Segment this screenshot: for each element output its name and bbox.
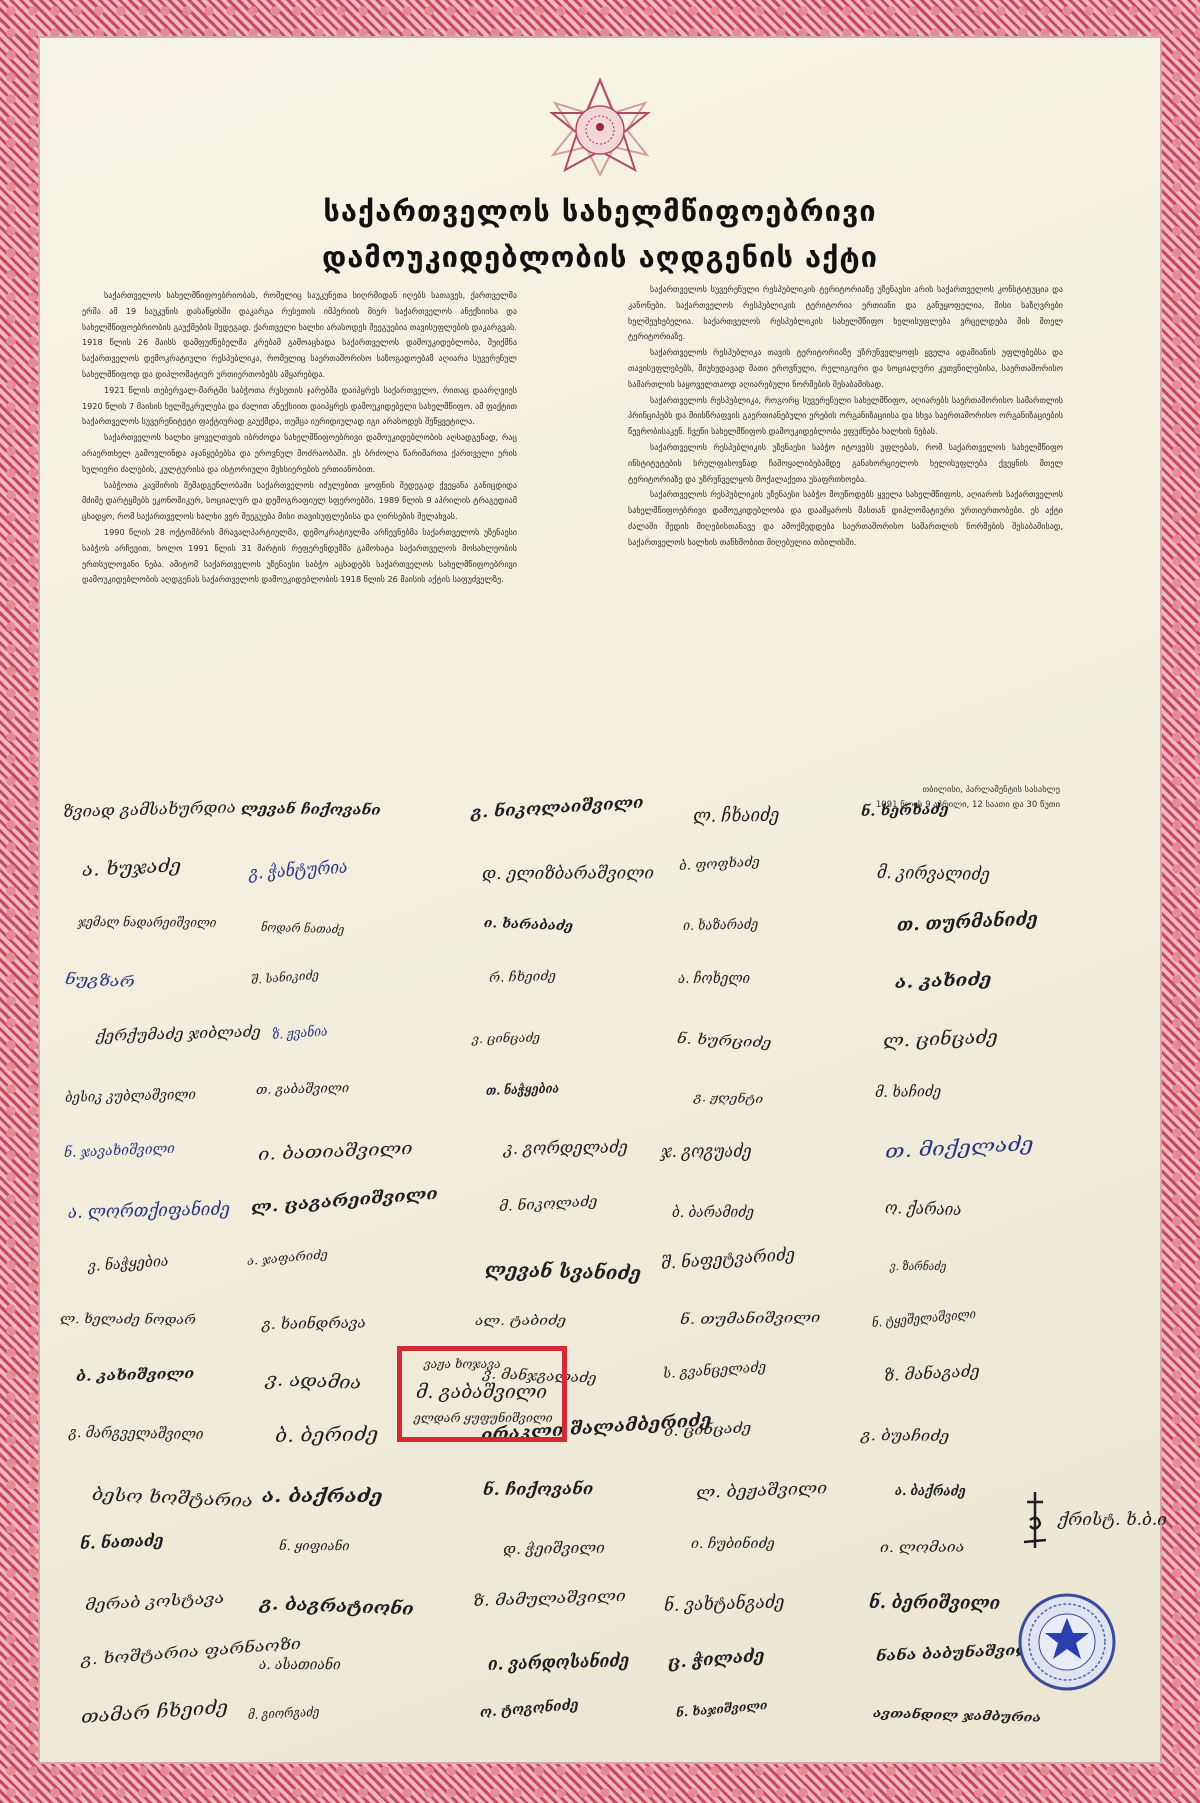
text-column-left: საქართველოს სახელმწიფოებრიობას, რომელიც … (82, 288, 517, 588)
paragraph: საქართველოს სახელმწიფოებრიობას, რომელიც … (82, 288, 517, 383)
signature: ი. ლომაია (880, 1540, 964, 1556)
blue-circular-seal-icon (1012, 1590, 1122, 1694)
signature: ლ. ცინცაძე (883, 1027, 999, 1052)
signature: ა. ბაქრაძე (895, 1483, 966, 1500)
signature: ნ. ყიფიანი (279, 1539, 350, 1554)
signature: ი. ჩუბინიძე (691, 1536, 775, 1552)
signature: დ. ჭეიშვილი (503, 1539, 605, 1558)
signature: ნ. ჩიქოვანი (483, 1479, 593, 1499)
signature: ჯემალ ნადარეიშვილი (78, 915, 217, 931)
title-line-2: დამოუკიდებლობის აღდგენის აქტი (120, 234, 1080, 280)
signature: გ. ბუაჩიძე (861, 1426, 949, 1445)
title-line-1: საქართველოს სახელმწიფოებრივი (120, 188, 1080, 234)
signature: გ. ხაინდრავა (262, 1314, 366, 1333)
signature: ბესიკ კუბლაშვილი (65, 1087, 196, 1106)
signature: ო. ქარაია (885, 1198, 962, 1220)
paragraph: საბჭოთა კავშირის შემადგენლობაში საქართვე… (82, 478, 517, 525)
document-title: საქართველოს სახელმწიფოებრივი დამოუკიდებლ… (120, 188, 1080, 280)
signature: მ. კირვალიძე (877, 862, 990, 885)
signature: ალ. ტაბიძე (475, 1314, 566, 1329)
highlighted-signature-line: ელდარ ყუფუნიშვილი (414, 1411, 553, 1425)
signature: ნუგზარ (65, 970, 135, 991)
paragraph: საქართველოს სუვერენული რესპუბლიკის ტერიტ… (628, 282, 1063, 345)
highlighted-signature-line: ვაჟა ხოჯავა (424, 1357, 501, 1371)
paragraph: საქართველოს ხალხი ყოველთვის იბრძოდა სახე… (82, 430, 517, 477)
signature: ნ. ხერხაძე (861, 802, 949, 820)
paragraph: საქართველოს რესპუბლიკის უზენაესი საბჭო მ… (628, 487, 1063, 550)
paragraph: საქართველოს რესპუბლიკა თავის ტერიტორიაზე… (628, 345, 1063, 392)
highlighted-signature-box: ვაჟა ხოჯავა მ. გაბაშვილი ელდარ ყუფუნიშვი… (397, 1346, 567, 1442)
cross-signature-icon (1020, 1490, 1050, 1550)
signature: კ. გორდელაძე (504, 1137, 628, 1159)
signature: გ. ჟღენტი (694, 1090, 764, 1106)
signature: ნოდარ ნათაძე (261, 920, 345, 936)
paragraph: საქართველოს რესპუბლიკის უზენაესი საბჭო ი… (628, 440, 1063, 487)
eight-pointed-star-emblem-icon (535, 75, 665, 195)
signature: ლ. ხელაძე ნოდარ (60, 1312, 196, 1328)
signature: ბ. კახიშვილი (76, 1366, 195, 1385)
signature: ნ. ბერიშვილი (869, 1592, 1000, 1614)
signature: ნ. ნათაძე (80, 1531, 164, 1553)
signature: ვ. ცინცაძე (472, 1030, 540, 1046)
signature: გ. მარგველაშვილი (69, 1423, 204, 1443)
signature: ი. ხაზარაძე (683, 917, 758, 934)
paragraph: 1921 წლის თებერვალ-მარტში საბჭოთა რუსეთი… (82, 383, 517, 430)
signature: მ. ხაჩიძე (875, 1082, 941, 1101)
text-column-right: საქართველოს სუვერენული რესპუბლიკის ტერიტ… (628, 282, 1063, 551)
cross-mark-text: ქრისტ. ხ.ბ.ი (1058, 1510, 1167, 1530)
signature: ბ. ბარამიძე (672, 1203, 754, 1221)
signature: ნ. თუმანიშვილი (680, 1310, 821, 1328)
signature: ი. ვარდოსანიძე (488, 1650, 630, 1675)
paragraph: 1990 წლის 28 ოქტომბრის მრავალპარტიულმა, … (82, 525, 517, 588)
signature: მ. გიორგაძე (248, 1705, 320, 1723)
signature: ბ. ბერიძე (275, 1423, 379, 1447)
signature: თ. გაბაშვილი (256, 1081, 350, 1098)
signature: ნ. ვახტანგაძე (664, 1592, 785, 1616)
signature: ვ. ზარნაძე (890, 1259, 946, 1273)
signature: ჯ. გოგუაძე (661, 1141, 752, 1162)
signature: ლევან ჩიქოვანი (241, 801, 381, 819)
signature: დ. ელიზბარაშვილი (482, 863, 654, 884)
signature: თ. ნაჭყებია (486, 1082, 560, 1099)
paragraph: საქართველოს რესპუბლიკა, როგორც სუვერენულ… (628, 393, 1063, 440)
signature: ა. კახიძე (895, 970, 992, 993)
place-line: თბილისი, პარლამენტის სასახლე (876, 783, 1060, 798)
signature: ლ. ჩხაიძე (693, 804, 780, 827)
signature: ლევან სვანიძე (485, 1259, 642, 1285)
signature: რ. ჩხეიძე (489, 969, 556, 986)
highlighted-signature-line: მ. გაბაშვილი (416, 1381, 547, 1403)
signature: ა. ბაქრაძე (262, 1486, 383, 1507)
signature: ვ. ადამია (266, 1369, 362, 1394)
signature: ა. ასათიანი (259, 1655, 341, 1673)
signature: ა. ლორთქიფანიძე (68, 1199, 230, 1223)
signature: ა. ჩოხელი (678, 969, 750, 987)
